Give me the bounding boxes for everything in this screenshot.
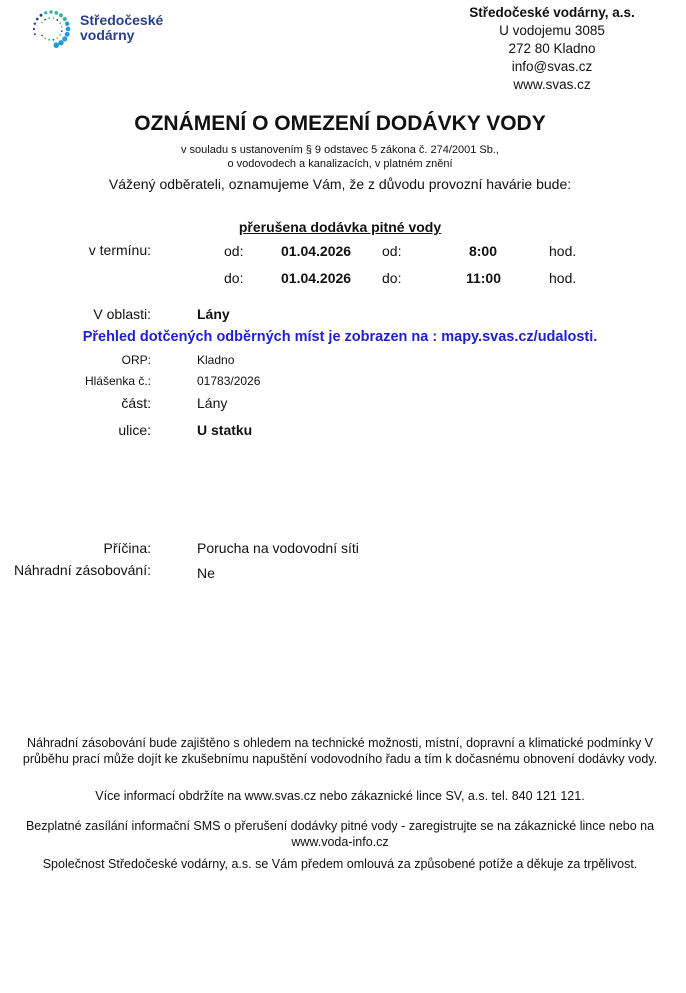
replacement-value: Ne <box>197 565 215 581</box>
orp-value: Kladno <box>197 353 234 367</box>
map-link-notice[interactable]: Přehled dotčených odběrných míst je zobr… <box>0 329 680 345</box>
report-value: 01783/2026 <box>197 374 260 388</box>
to-unit: hod. <box>549 270 576 286</box>
company-street: U vodojemu 3085 <box>462 22 642 40</box>
company-email[interactable]: info@svas.cz <box>462 58 642 76</box>
street-value: U statku <box>197 422 252 438</box>
from-date-label: od: <box>224 243 243 259</box>
logo-wordmark: Středočeské vodárny <box>80 13 163 43</box>
company-web[interactable]: www.svas.cz <box>462 76 642 94</box>
report-label: Hlášenka č.: <box>40 374 151 388</box>
notice-title: OZNÁMENÍ O OMEZENÍ DODÁVKY VODY <box>0 112 680 136</box>
footer-contact-info: Více informací obdržíte na www.svas.cz n… <box>8 788 672 804</box>
orp-label: ORP: <box>40 353 151 367</box>
replacement-label: Náhradní zásobování: <box>0 562 151 578</box>
area-value: Lány <box>197 306 230 322</box>
part-value: Lány <box>197 395 227 411</box>
footer-replacement-info: Náhradní zásobování bude zajištěno s ohl… <box>8 735 672 767</box>
interruption-type: přerušena dodávka pitné vody <box>0 219 680 235</box>
street-label: ulice: <box>40 422 151 438</box>
cause-label: Příčina: <box>0 540 151 556</box>
legal-reference: v souladu s ustanovením § 9 odstavec 5 z… <box>0 143 680 171</box>
to-time: 11:00 <box>440 270 501 286</box>
from-time: 8:00 <box>440 243 497 259</box>
company-address: Středočeské vodárny, a.s. U vodojemu 308… <box>462 4 642 94</box>
company-name: Středočeské vodárny, a.s. <box>462 4 642 22</box>
schedule-label: v termínu: <box>60 242 151 258</box>
part-label: část: <box>40 395 151 411</box>
greeting: Vážený odběrateli, oznamujeme Vám, že z … <box>0 176 680 192</box>
from-time-label: od: <box>382 243 401 259</box>
to-date: 01.04.2026 <box>281 270 351 286</box>
cause-value: Porucha na vodovodní síti <box>197 540 359 556</box>
company-logo: Středočeské vodárny <box>30 8 170 52</box>
area-label: V oblasti: <box>40 306 151 322</box>
company-city: 272 80 Kladno <box>462 40 642 58</box>
footer-apology: Společnost Středočeské vodárny, a.s. se … <box>8 856 672 872</box>
footer-sms-info: Bezplatné zasílání informační SMS o přer… <box>8 818 672 850</box>
from-unit: hod. <box>549 243 576 259</box>
dotted-ring-logo-icon <box>30 8 76 52</box>
to-date-label: do: <box>224 270 243 286</box>
to-time-label: do: <box>382 270 401 286</box>
from-date: 01.04.2026 <box>281 243 351 259</box>
